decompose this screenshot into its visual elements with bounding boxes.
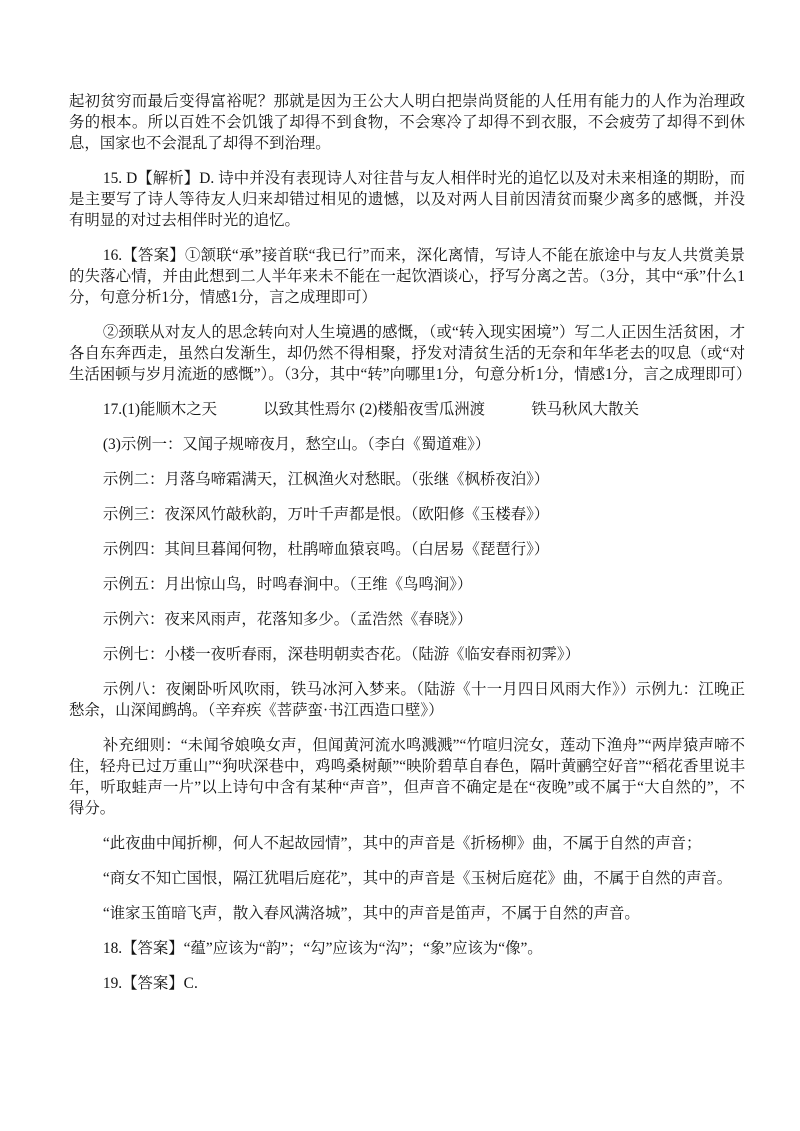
paragraph-rule-note-2: “商女不知亡国恨，隔江犹唱后庭花”，其中的声音是《玉树后庭花》曲，不属于自然的声… [69,868,745,889]
paragraph-answer-17-example8-9: 示例八：夜阑卧听风吹雨，铁马冰河入梦来。（陆游《十一月四日风雨大作》）示例九：江… [69,679,745,721]
paragraph-answer-16-part1: 16.【答案】①颔联“承”接首联“我已行”而来，深化离情，写诗人不能在旅途中与友… [69,245,745,308]
paragraph-supplementary-rule: 补充细则：“未闻爷娘唤女声，但闻黄河流水鸣溅溅”“竹喧归浣女，莲动下渔舟”“两岸… [69,735,745,819]
paragraph-answer-17-example1: (3)示例一：又闻子规啼夜月，愁空山。（李白《蜀道难》） [69,434,745,455]
paragraph-rule-note-1: “此夜曲中闻折柳，何人不起故园情”，其中的声音是《折杨柳》曲，不属于自然的声音； [69,833,745,854]
paragraph-answer-19: 19.【答案】C. [69,973,745,994]
paragraph-answer-17-example7: 示例七：小楼一夜听春雨，深巷明朝卖杏花。（陆游《临安春雨初霁》） [69,644,745,665]
paragraph-answer-17-example6: 示例六：夜来风雨声，花落知多少。（孟浩然《春晓》） [69,609,745,630]
paragraph-answer-16-part2: ②颈联从对友人的思念转向对人生境遇的感慨，（或“转入现实困境”）写二人正因生活贫… [69,322,745,385]
paragraph-answer-17-blanks: 17.(1)能顺木之天 以致其性焉尔 (2)楼船夜雪瓜洲渡 铁马秋风大散关 [69,399,745,420]
paragraph-answer-17-example2: 示例二：月落乌啼霜满天，江枫渔火对愁眠。（张继《枫桥夜泊》） [69,469,745,490]
paragraph-answer-17-example4: 示例四：其间旦暮闻何物，杜鹃啼血猿哀鸣。（白居易《琵琶行》） [69,539,745,560]
answer-key-content: 起初贫穷而最后变得富裕呢？那就是因为王公大人明白把崇尚贤能的人任用有能力的人作为… [69,91,745,994]
document-body: { "page": { "background_color": "#ffffff… [0,0,800,1131]
paragraph-answer-18: 18.【答案】“蕴”应该为“韵”；“勾”应该为“沟”；“象”应该为“像”。 [69,938,745,959]
paragraph-translation-continuation: 起初贫穷而最后变得富裕呢？那就是因为王公大人明白把崇尚贤能的人任用有能力的人作为… [69,91,745,154]
document-page: 起初贫穷而最后变得富裕呢？那就是因为王公大人明白把崇尚贤能的人任用有能力的人作为… [0,0,800,1131]
paragraph-answer-17-example3: 示例三：夜深风竹敲秋韵，万叶千声都是恨。（欧阳修《玉楼春》） [69,504,745,525]
paragraph-answer-15: 15. D【解析】D. 诗中并没有表现诗人对往昔与友人相伴时光的追忆以及对未来相… [69,168,745,231]
paragraph-answer-17-example5: 示例五：月出惊山鸟，时鸣春涧中。（王维《鸟鸣涧》） [69,574,745,595]
paragraph-rule-note-3: “谁家玉笛暗飞声，散入春风满洛城”，其中的声音是笛声，不属于自然的声音。 [69,903,745,924]
